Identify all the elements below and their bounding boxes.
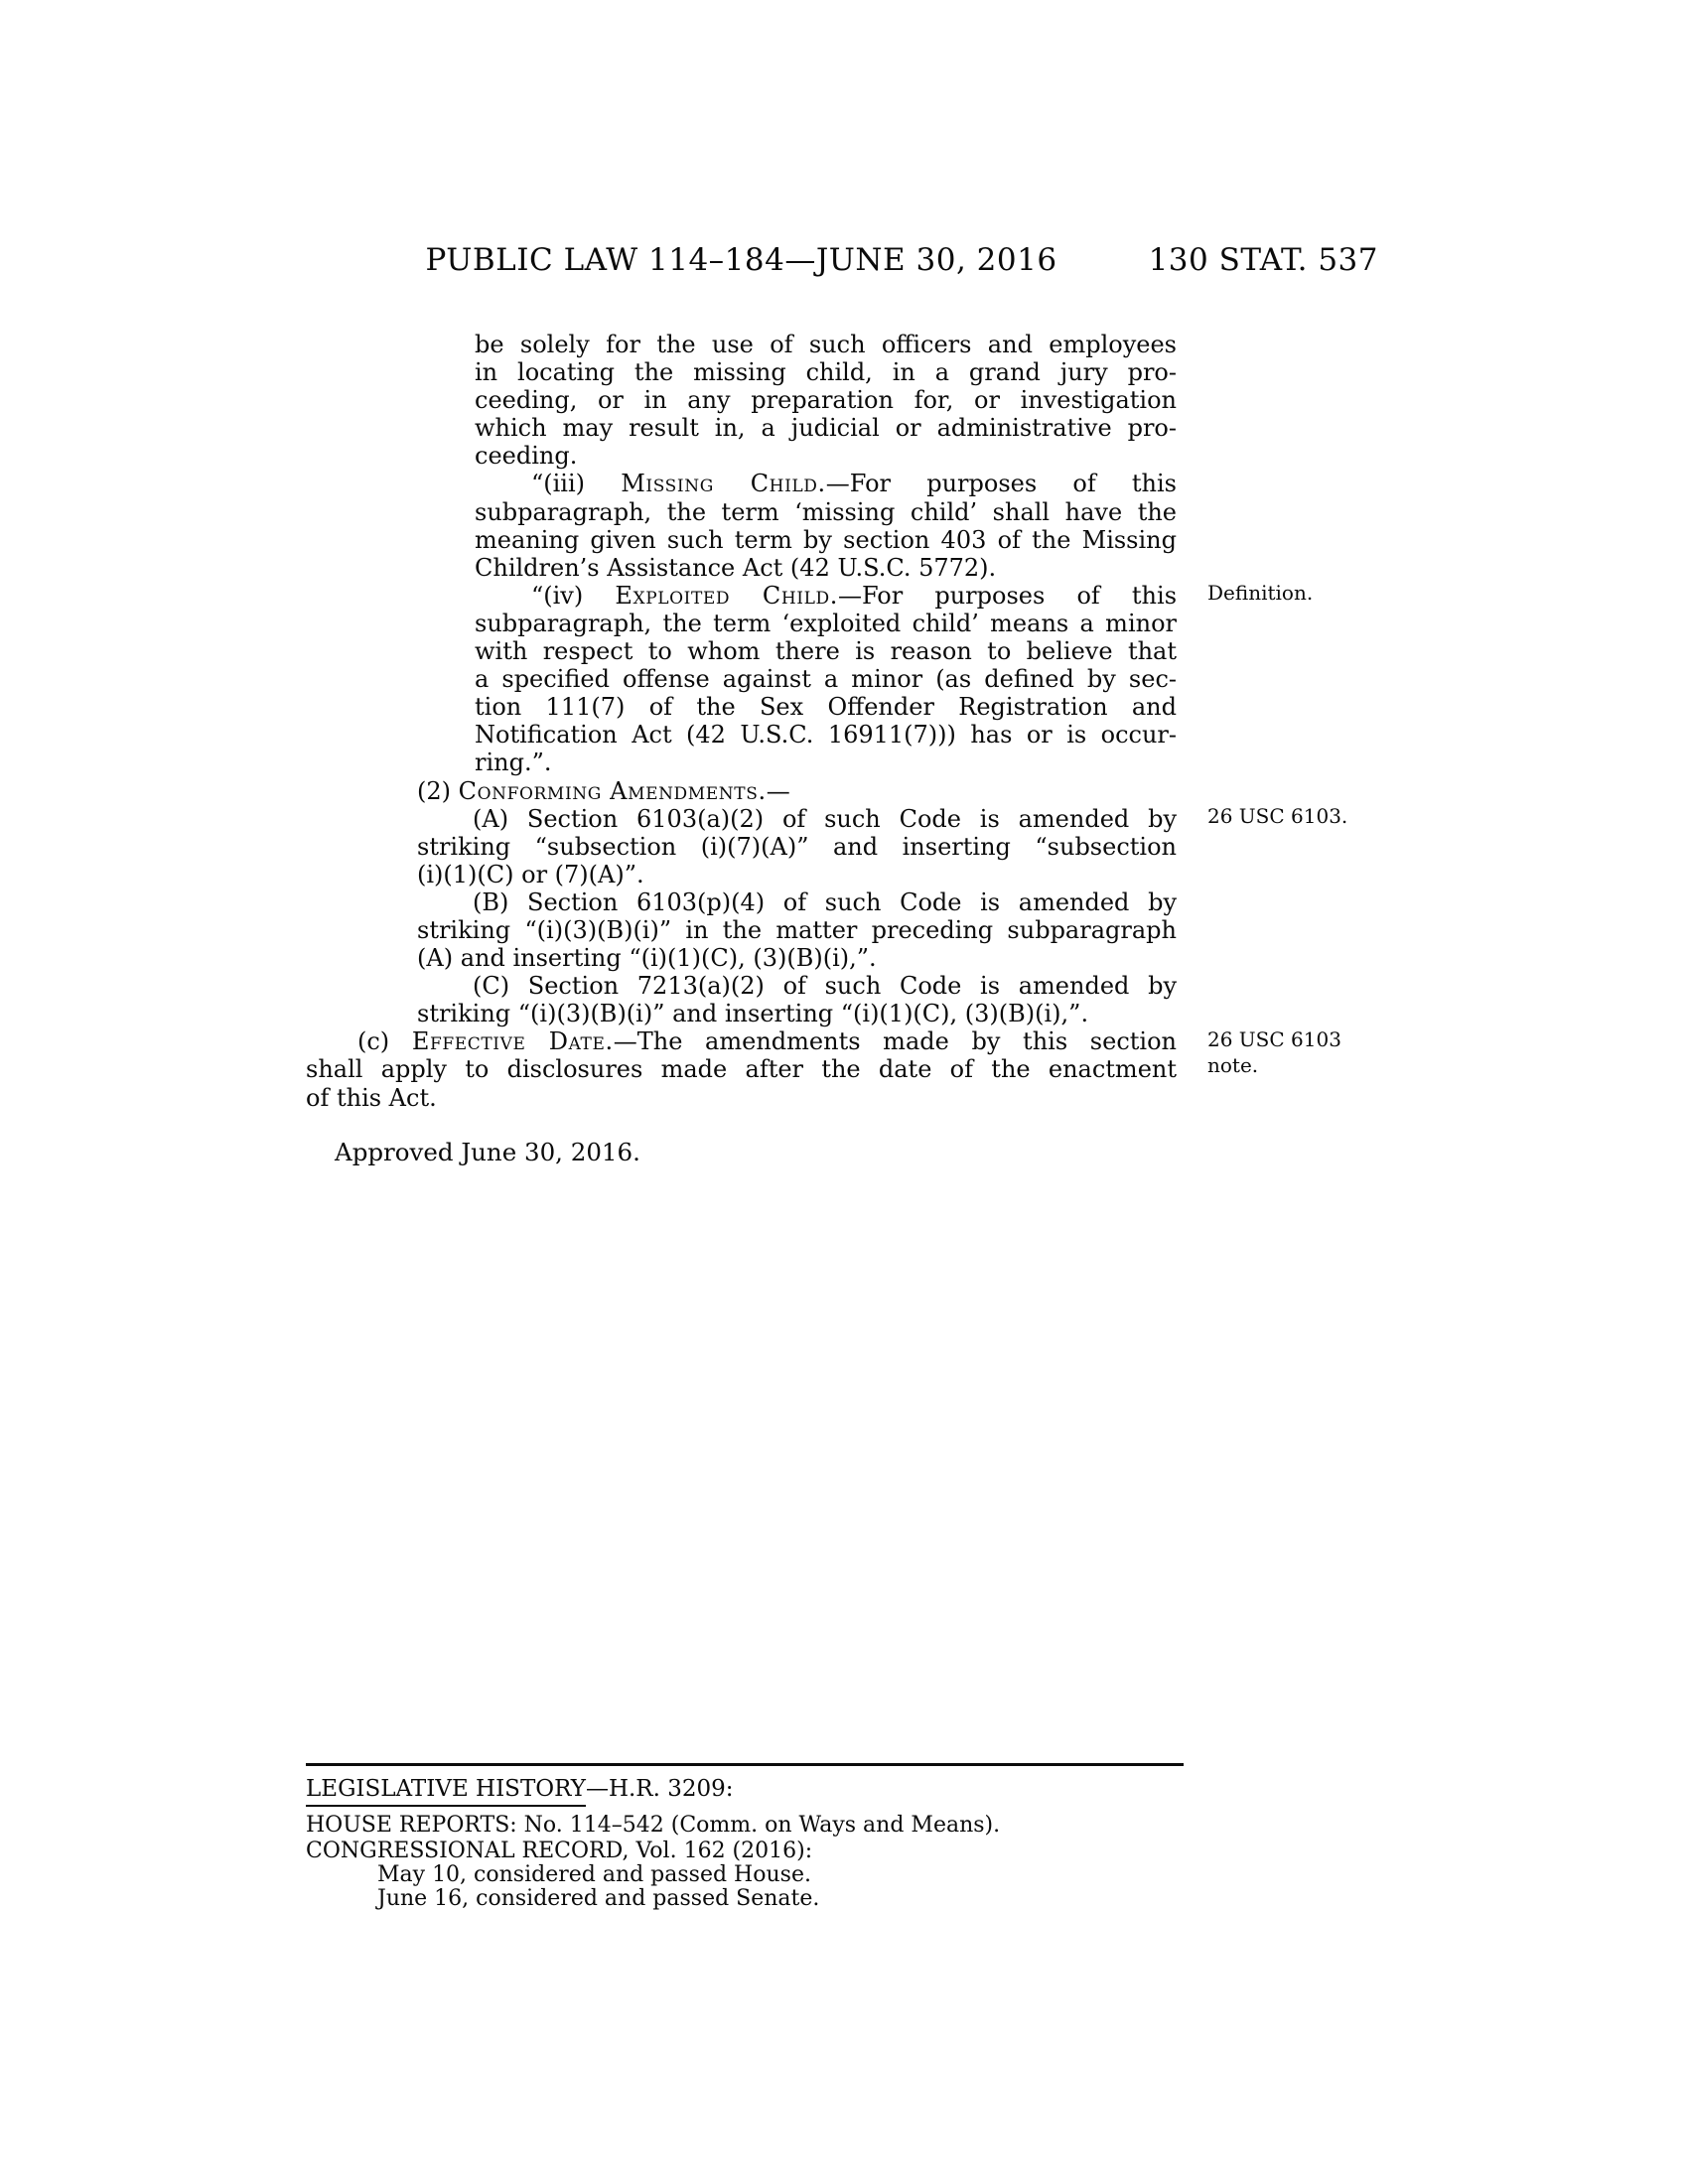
statute-line: with respect to whom there is reason to … <box>306 637 1177 665</box>
small-caps-term: Exploited Child. <box>615 582 838 610</box>
text-segment: meaning given such term by section 403 o… <box>475 526 1177 554</box>
small-caps-term: Conforming Amendments. <box>459 777 767 805</box>
margin-note: 26 USC 6103 note. <box>1207 1026 1361 1078</box>
legislative-history-title: LEGISLATIVE HISTORY—H.R. 3209: <box>306 1776 734 1802</box>
statute-line: striking “subsection (i)(7)(A)” and inse… <box>306 833 1177 861</box>
text-segment: ceeding, or in any preparation for, or i… <box>475 386 1177 414</box>
statute-line: ceeding. <box>306 442 1177 470</box>
statute-page: PUBLIC LAW 114–184—JUNE 30, 2016 130 STA… <box>0 0 1688 2184</box>
statute-line: in locating the missing child, in a gran… <box>306 358 1177 386</box>
text-segment: (2) <box>417 777 459 805</box>
approval-line: Approved June 30, 2016. <box>335 1138 640 1166</box>
text-segment: Notification Act (42 U.S.C. 16911(7))) h… <box>475 721 1177 749</box>
text-segment: subparagraph, the term ‘exploited child’… <box>475 610 1177 637</box>
statute-line: striking “(i)(3)(B)(i)” and inserting “(… <box>306 1000 1177 1027</box>
margin-note: 26 USC 6103. <box>1207 803 1361 829</box>
text-segment: in locating the missing child, in a gran… <box>475 358 1177 386</box>
text-segment: be solely for the use of such officers a… <box>475 331 1177 358</box>
text-segment: ceeding. <box>475 442 577 470</box>
statute-line: (A) and inserting “(i)(1)(C), (3)(B)(i),… <box>306 944 1177 972</box>
text-segment: (A) Section 6103(a)(2) of such Code is a… <box>473 805 1177 833</box>
text-segment: a specified offense against a minor (as … <box>475 665 1177 693</box>
statute-line: subparagraph, the term ‘exploited child’… <box>306 610 1177 637</box>
statute-line: tion 111(7) of the Sex Offender Registra… <box>306 693 1177 721</box>
statute-line: Notification Act (42 U.S.C. 16911(7))) h… <box>306 721 1177 749</box>
running-head: PUBLIC LAW 114–184—JUNE 30, 2016 <box>306 242 1177 278</box>
statute-line: (c) Effective Date.—The amendments made … <box>306 1027 1177 1055</box>
congressional-record-line: CONGRESSIONAL RECORD, Vol. 162 (2016): <box>306 1839 812 1863</box>
text-segment: striking “subsection (i)(7)(A)” and inse… <box>417 833 1177 861</box>
text-segment: (A) and inserting “(i)(1)(C), (3)(B)(i),… <box>417 944 877 972</box>
bill-number: —H.R. 3209: <box>586 1776 734 1802</box>
text-segment: of this Act. <box>306 1084 437 1112</box>
statute-line: be solely for the use of such officers a… <box>306 331 1177 358</box>
text-segment: shall apply to disclosures made after th… <box>306 1055 1177 1083</box>
text-segment: subparagraph, the term ‘missing child’ s… <box>475 498 1177 526</box>
statute-line: (A) Section 6103(a)(2) of such Code is a… <box>306 805 1177 833</box>
text-segment: (c) <box>357 1027 412 1055</box>
text-segment: (i)(1)(C) or (7)(A)”. <box>417 861 644 888</box>
text-segment: —For purposes of this <box>838 582 1177 610</box>
page-header: PUBLIC LAW 114–184—JUNE 30, 2016 130 STA… <box>306 242 1378 282</box>
record-entry-senate: June 16, considered and passed Senate. <box>377 1886 819 1911</box>
statute-line: of this Act. <box>306 1084 1177 1112</box>
text-segment: tion 111(7) of the Sex Offender Registra… <box>475 693 1177 721</box>
text-segment: with respect to whom there is reason to … <box>475 637 1177 665</box>
text-segment: “(iv) <box>531 582 615 610</box>
text-segment: which may result in, a judicial or admin… <box>475 414 1177 442</box>
statute-line: ring.”. <box>306 749 1177 776</box>
margin-note: Definition. <box>1207 580 1361 606</box>
statute-line: (C) Section 7213(a)(2) of such Code is a… <box>306 972 1177 1000</box>
text-segment: (C) Section 7213(a)(2) of such Code is a… <box>473 972 1177 1000</box>
statute-line: “(iv) Exploited Child.—For purposes of t… <box>306 582 1177 610</box>
statute-line: subparagraph, the term ‘missing child’ s… <box>306 498 1177 526</box>
record-entry-house: May 10, considered and passed House. <box>377 1862 811 1887</box>
statute-text-column: be solely for the use of such officers a… <box>306 331 1177 1112</box>
statute-line: “(iii) Missing Child.—For purposes of th… <box>306 470 1177 497</box>
house-reports-line: HOUSE REPORTS: No. 114–542 (Comm. on Way… <box>306 1813 1000 1838</box>
text-segment: “(iii) <box>531 470 621 497</box>
history-rule <box>306 1763 1184 1766</box>
text-segment: striking “(i)(3)(B)(i)” in the matter pr… <box>417 916 1177 944</box>
statute-line: (B) Section 6103(p)(4) of such Code is a… <box>306 888 1177 916</box>
text-segment: striking “(i)(3)(B)(i)” and inserting “(… <box>417 1000 1088 1027</box>
small-caps-term: Effective Date. <box>412 1027 614 1055</box>
statute-line: a specified offense against a minor (as … <box>306 665 1177 693</box>
statute-line: meaning given such term by section 403 o… <box>306 526 1177 554</box>
small-caps-term: Missing Child. <box>621 470 826 497</box>
legislative-history-label: LEGISLATIVE HISTORY <box>306 1776 586 1807</box>
stat-page-number: 130 STAT. 537 <box>1149 242 1378 278</box>
text-segment: (B) Section 6103(p)(4) of such Code is a… <box>473 888 1177 916</box>
text-segment: ring.”. <box>475 749 552 776</box>
statute-line: shall apply to disclosures made after th… <box>306 1055 1177 1083</box>
statute-line: striking “(i)(3)(B)(i)” in the matter pr… <box>306 916 1177 944</box>
text-segment: — <box>767 777 790 805</box>
text-segment: —The amendments made by this section <box>614 1027 1177 1055</box>
statute-line: Children’s Assistance Act (42 U.S.C. 577… <box>306 554 1177 582</box>
text-segment: —For purposes of this <box>826 470 1177 497</box>
statute-line: (i)(1)(C) or (7)(A)”. <box>306 861 1177 888</box>
statute-line: ceeding, or in any preparation for, or i… <box>306 386 1177 414</box>
text-segment: Children’s Assistance Act (42 U.S.C. 577… <box>475 554 996 582</box>
statute-line: (2) Conforming Amendments.— <box>306 777 1177 805</box>
statute-line: which may result in, a judicial or admin… <box>306 414 1177 442</box>
